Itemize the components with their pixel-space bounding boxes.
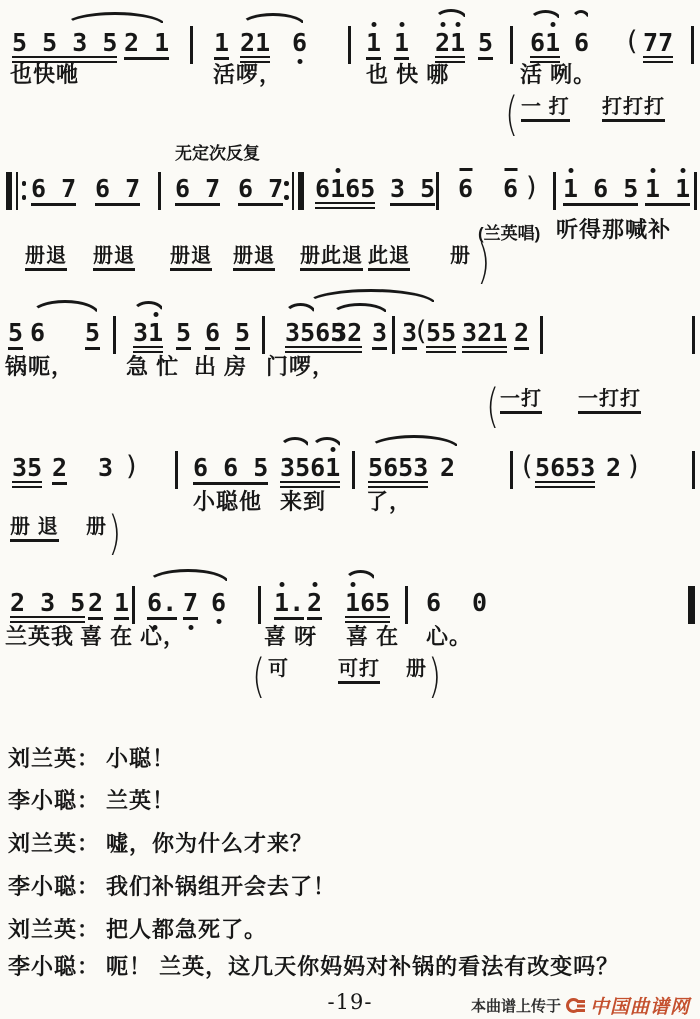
perc-token: 可打 xyxy=(338,659,380,684)
perc-token: 册退 xyxy=(233,246,275,271)
note-token: 5 xyxy=(235,320,250,350)
slur-arc xyxy=(571,10,591,21)
watermark: 本曲谱上传于 中国曲谱网 xyxy=(471,992,690,1019)
note-token: 6 xyxy=(574,30,589,55)
paren-token: ( xyxy=(416,318,427,345)
barline xyxy=(510,26,513,64)
lyric-token: 急 忙 xyxy=(126,356,179,378)
note-token: 5 xyxy=(85,320,100,350)
note-token: 6 xyxy=(205,320,220,350)
note-token: 3 xyxy=(372,320,387,350)
lyric-token: 活 咧。 xyxy=(520,64,596,86)
perc-token: 一打 xyxy=(500,389,542,414)
repeat-sign xyxy=(292,172,304,210)
final-barline xyxy=(688,586,695,624)
speaker-name: 李小聪： xyxy=(8,788,100,813)
slur-arc xyxy=(529,10,562,21)
site-name[interactable]: 中国曲谱网 xyxy=(590,992,690,1019)
speaker-name: 刘兰英： xyxy=(8,831,100,856)
note-token: 2 xyxy=(307,590,322,620)
note-token: 2 xyxy=(606,455,621,480)
note-token: 3561 xyxy=(280,455,340,488)
slur-arc xyxy=(30,300,100,315)
perc-token: 册 xyxy=(450,246,471,266)
note-token: 3 xyxy=(402,320,417,350)
barline xyxy=(132,586,135,624)
label-token: 无定次反复 xyxy=(175,145,260,162)
note-token: 2 1 xyxy=(124,30,169,60)
pparen-token: ( xyxy=(505,92,518,138)
note-token: 6. xyxy=(147,590,177,620)
dialogue-text: 把人都急死了。 xyxy=(106,917,267,942)
note-token: 321 xyxy=(462,320,507,353)
perc-token: 此退 xyxy=(368,246,410,271)
lyric-token: 门啰， xyxy=(266,356,335,378)
pparen-token: ) xyxy=(108,511,121,557)
perc-token: 册 退 xyxy=(10,517,59,542)
slur-arc xyxy=(279,437,311,449)
note-token: 6 xyxy=(292,30,307,55)
note-token: 6 7 xyxy=(95,176,140,206)
lyric-token: 也快咃 xyxy=(10,64,79,86)
note-token: 2 xyxy=(440,455,455,480)
note-token: 1 1 xyxy=(645,176,690,206)
paren-token: ) xyxy=(126,453,137,480)
slur-arc xyxy=(146,569,230,584)
note-token: 7 xyxy=(183,590,198,620)
note-token: 6 7 xyxy=(31,176,76,206)
perc-token: 打打打 xyxy=(602,97,665,122)
lyric-token: 了， xyxy=(366,491,412,513)
slur-arc xyxy=(344,570,377,582)
slur-arc xyxy=(240,13,306,26)
note-token: 1 xyxy=(366,30,381,60)
barline xyxy=(405,586,408,624)
lyric-token: 也 快 哪 xyxy=(366,64,449,86)
pparen-token: ) xyxy=(428,654,441,700)
slur-arc xyxy=(64,12,166,26)
note-token: 5 xyxy=(8,320,23,350)
note-token: 1 6 5 xyxy=(563,176,638,206)
dialogue-text: 兰英！ xyxy=(106,788,175,813)
barline xyxy=(158,172,161,210)
speaker-name: 刘兰英： xyxy=(8,746,100,771)
dialogue-row: 李小聪：兰英！ xyxy=(8,784,175,815)
barline xyxy=(348,26,351,64)
lyric-token: 喜 在 xyxy=(346,626,399,648)
note-token: 1 xyxy=(114,590,129,620)
note-token: 1 xyxy=(214,30,229,60)
perc-token: 一打打 xyxy=(578,389,641,414)
note-token: 6 xyxy=(426,590,441,615)
barline xyxy=(258,586,261,624)
barline xyxy=(436,172,439,210)
note-token: 5653 xyxy=(535,455,595,488)
barline xyxy=(190,26,193,64)
slur-arc xyxy=(434,9,468,20)
pparen-token: ( xyxy=(486,384,499,430)
note-token: 3 xyxy=(98,455,113,480)
perc-token: 册 xyxy=(406,659,427,679)
note-token: 6 xyxy=(503,176,518,201)
slur-arc xyxy=(132,301,165,313)
barline xyxy=(553,172,556,210)
note-token: 6 xyxy=(458,176,473,201)
lyric-token: 喜 呀 xyxy=(264,626,317,648)
barline xyxy=(692,316,695,354)
slur-arc xyxy=(311,437,343,449)
dialogue-row: 刘兰英：小聪！ xyxy=(8,742,175,773)
pparen-token: ) xyxy=(477,240,490,286)
perc-token: 一 打 xyxy=(521,97,570,122)
dialogue-text: 小聪！ xyxy=(106,746,175,771)
note-token: 77 xyxy=(643,30,673,63)
speaker-name: 李小聪： xyxy=(8,874,100,899)
dialogue-text: 呃！ 兰英，这几天你妈妈对补锅的看法有改变吗？ xyxy=(106,954,619,979)
note-token: 35 xyxy=(12,455,42,488)
barline xyxy=(510,451,513,489)
barline xyxy=(113,316,116,354)
note-token: 55 xyxy=(426,320,456,353)
perc-token: 册 xyxy=(86,517,107,537)
lyric-token: 兰英我 xyxy=(5,626,74,648)
lyric-token: 活啰， xyxy=(213,64,282,86)
note-token: 1 xyxy=(394,30,409,60)
paren-token: ( xyxy=(627,28,638,55)
barline xyxy=(392,316,395,354)
note-token: 165 xyxy=(345,590,390,623)
lyric-token: 心。 xyxy=(426,626,472,648)
note-token: 3 5 xyxy=(390,176,435,206)
lyric-token: 听得那喊补 xyxy=(556,219,671,241)
repeat-sign xyxy=(6,172,18,210)
note-token: 5 xyxy=(478,30,493,60)
note-token: 6 7 xyxy=(175,176,220,206)
perc-token: 册此退 xyxy=(300,246,363,271)
note-token: 2 xyxy=(514,320,529,350)
dialogue-row: 刘兰英：把人都急死了。 xyxy=(8,913,267,944)
dialogue-row: 李小聪：呃！ 兰英，这几天你妈妈对补锅的看法有改变吗？ xyxy=(8,950,619,981)
pparen-token: ( xyxy=(252,654,265,700)
site-logo-icon xyxy=(566,997,585,1014)
perc-token: 册退 xyxy=(25,246,67,271)
barline xyxy=(352,451,355,489)
paren-token: ) xyxy=(526,174,537,201)
dialogue-row: 刘兰英：嘘，你为什么才来？ xyxy=(8,827,313,858)
note-token: 5653 xyxy=(368,455,428,488)
lyric-token: 出 房 xyxy=(194,356,247,378)
barline xyxy=(694,172,697,210)
lyric-token: 锅呃， xyxy=(5,356,74,378)
lyric-token: 来到 xyxy=(280,491,326,513)
barline xyxy=(540,316,543,354)
barline xyxy=(691,26,694,64)
note-token: 6 xyxy=(30,320,45,345)
note-token: 5 5 3 5 xyxy=(12,30,117,63)
note-token: 0 xyxy=(472,590,487,615)
note-token: 21 xyxy=(435,30,465,63)
note-token: 6 6 5 xyxy=(193,455,268,485)
barline xyxy=(262,316,265,354)
score-page: 5 5 3 52 1121611215616(77也快咃活啰，也 快 哪活 咧。… xyxy=(0,0,700,1019)
note-token: 6 7 xyxy=(238,176,283,206)
perc-token: 可 xyxy=(268,659,289,679)
dialogue-row: 李小聪：我们补锅组开会去了！ xyxy=(8,870,336,901)
dialogue-text: 嘘，你为什么才来？ xyxy=(106,831,313,856)
slur-arc xyxy=(305,289,437,305)
speaker-name: 刘兰英： xyxy=(8,917,100,942)
perc-token: 册退 xyxy=(170,246,212,271)
upload-note: 本曲谱上传于 xyxy=(471,995,561,1016)
lyric-token: 小聪他 xyxy=(193,491,262,513)
note-token: 6 xyxy=(211,590,226,615)
barline xyxy=(175,451,178,489)
note-token: 2 xyxy=(88,590,103,620)
note-token: 1. xyxy=(274,590,304,620)
lyric-token: 喜 在 xyxy=(80,626,133,648)
note-token: 2 xyxy=(52,455,67,485)
note-token: 61 xyxy=(530,30,560,63)
barline xyxy=(692,451,695,489)
note-token: 21 xyxy=(240,30,270,63)
speaker-name: 李小聪： xyxy=(8,954,100,979)
note-token: 2 3 5 xyxy=(10,590,85,623)
dialogue-text: 我们补锅组开会去了！ xyxy=(106,874,336,899)
slur-arc xyxy=(368,435,460,449)
note-token: 32 xyxy=(332,320,362,353)
paren-token: ( xyxy=(522,453,533,480)
note-token: 31 xyxy=(133,320,163,353)
perc-token: 册退 xyxy=(93,246,135,271)
lyric-token: 心， xyxy=(140,626,186,648)
note-token: 5 xyxy=(176,320,191,350)
paren-token: ) xyxy=(628,453,639,480)
note-token: 6165 xyxy=(315,176,375,209)
